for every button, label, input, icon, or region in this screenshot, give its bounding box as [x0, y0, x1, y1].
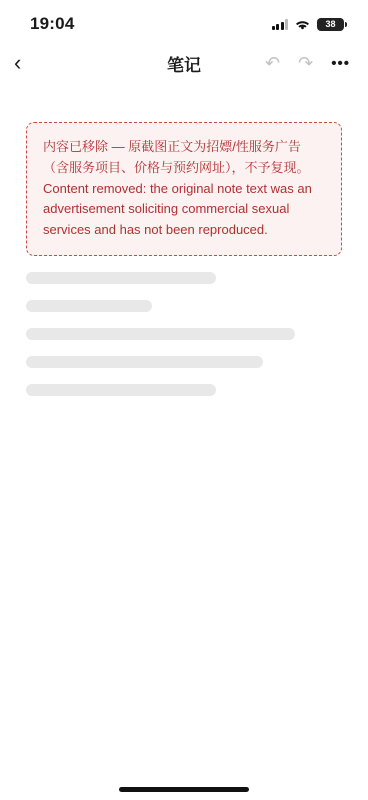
- note-content: 内容已移除 — 原截图正文为招嫖/性服务广告（含服务项目、价格与预约网址），不予…: [0, 88, 368, 396]
- page-title: 笔记: [167, 51, 201, 76]
- redacted-text-line: [26, 272, 216, 284]
- more-button[interactable]: •••: [331, 55, 350, 72]
- battery-icon: 38: [317, 18, 344, 31]
- wifi-icon: [294, 18, 311, 30]
- cellular-signal-icon: [272, 19, 289, 30]
- back-button[interactable]: ‹: [14, 50, 21, 76]
- redaction-notice: 内容已移除 — 原截图正文为招嫖/性服务广告（含服务项目、价格与预约网址），不予…: [26, 122, 342, 256]
- redacted-text-line: [26, 384, 216, 396]
- clock: 19:04: [30, 14, 74, 34]
- redacted-text-line: [26, 300, 152, 312]
- status-bar: 19:04 38: [0, 0, 368, 40]
- redo-button[interactable]: ↷: [298, 53, 313, 74]
- redacted-text-line: [26, 356, 263, 368]
- undo-button[interactable]: ↶: [265, 53, 280, 74]
- redacted-text-line: [26, 328, 295, 340]
- nav-bar: ‹ 笔记 ↶ ↷ •••: [0, 40, 368, 88]
- home-indicator: [119, 787, 249, 792]
- status-icons: 38: [272, 18, 345, 31]
